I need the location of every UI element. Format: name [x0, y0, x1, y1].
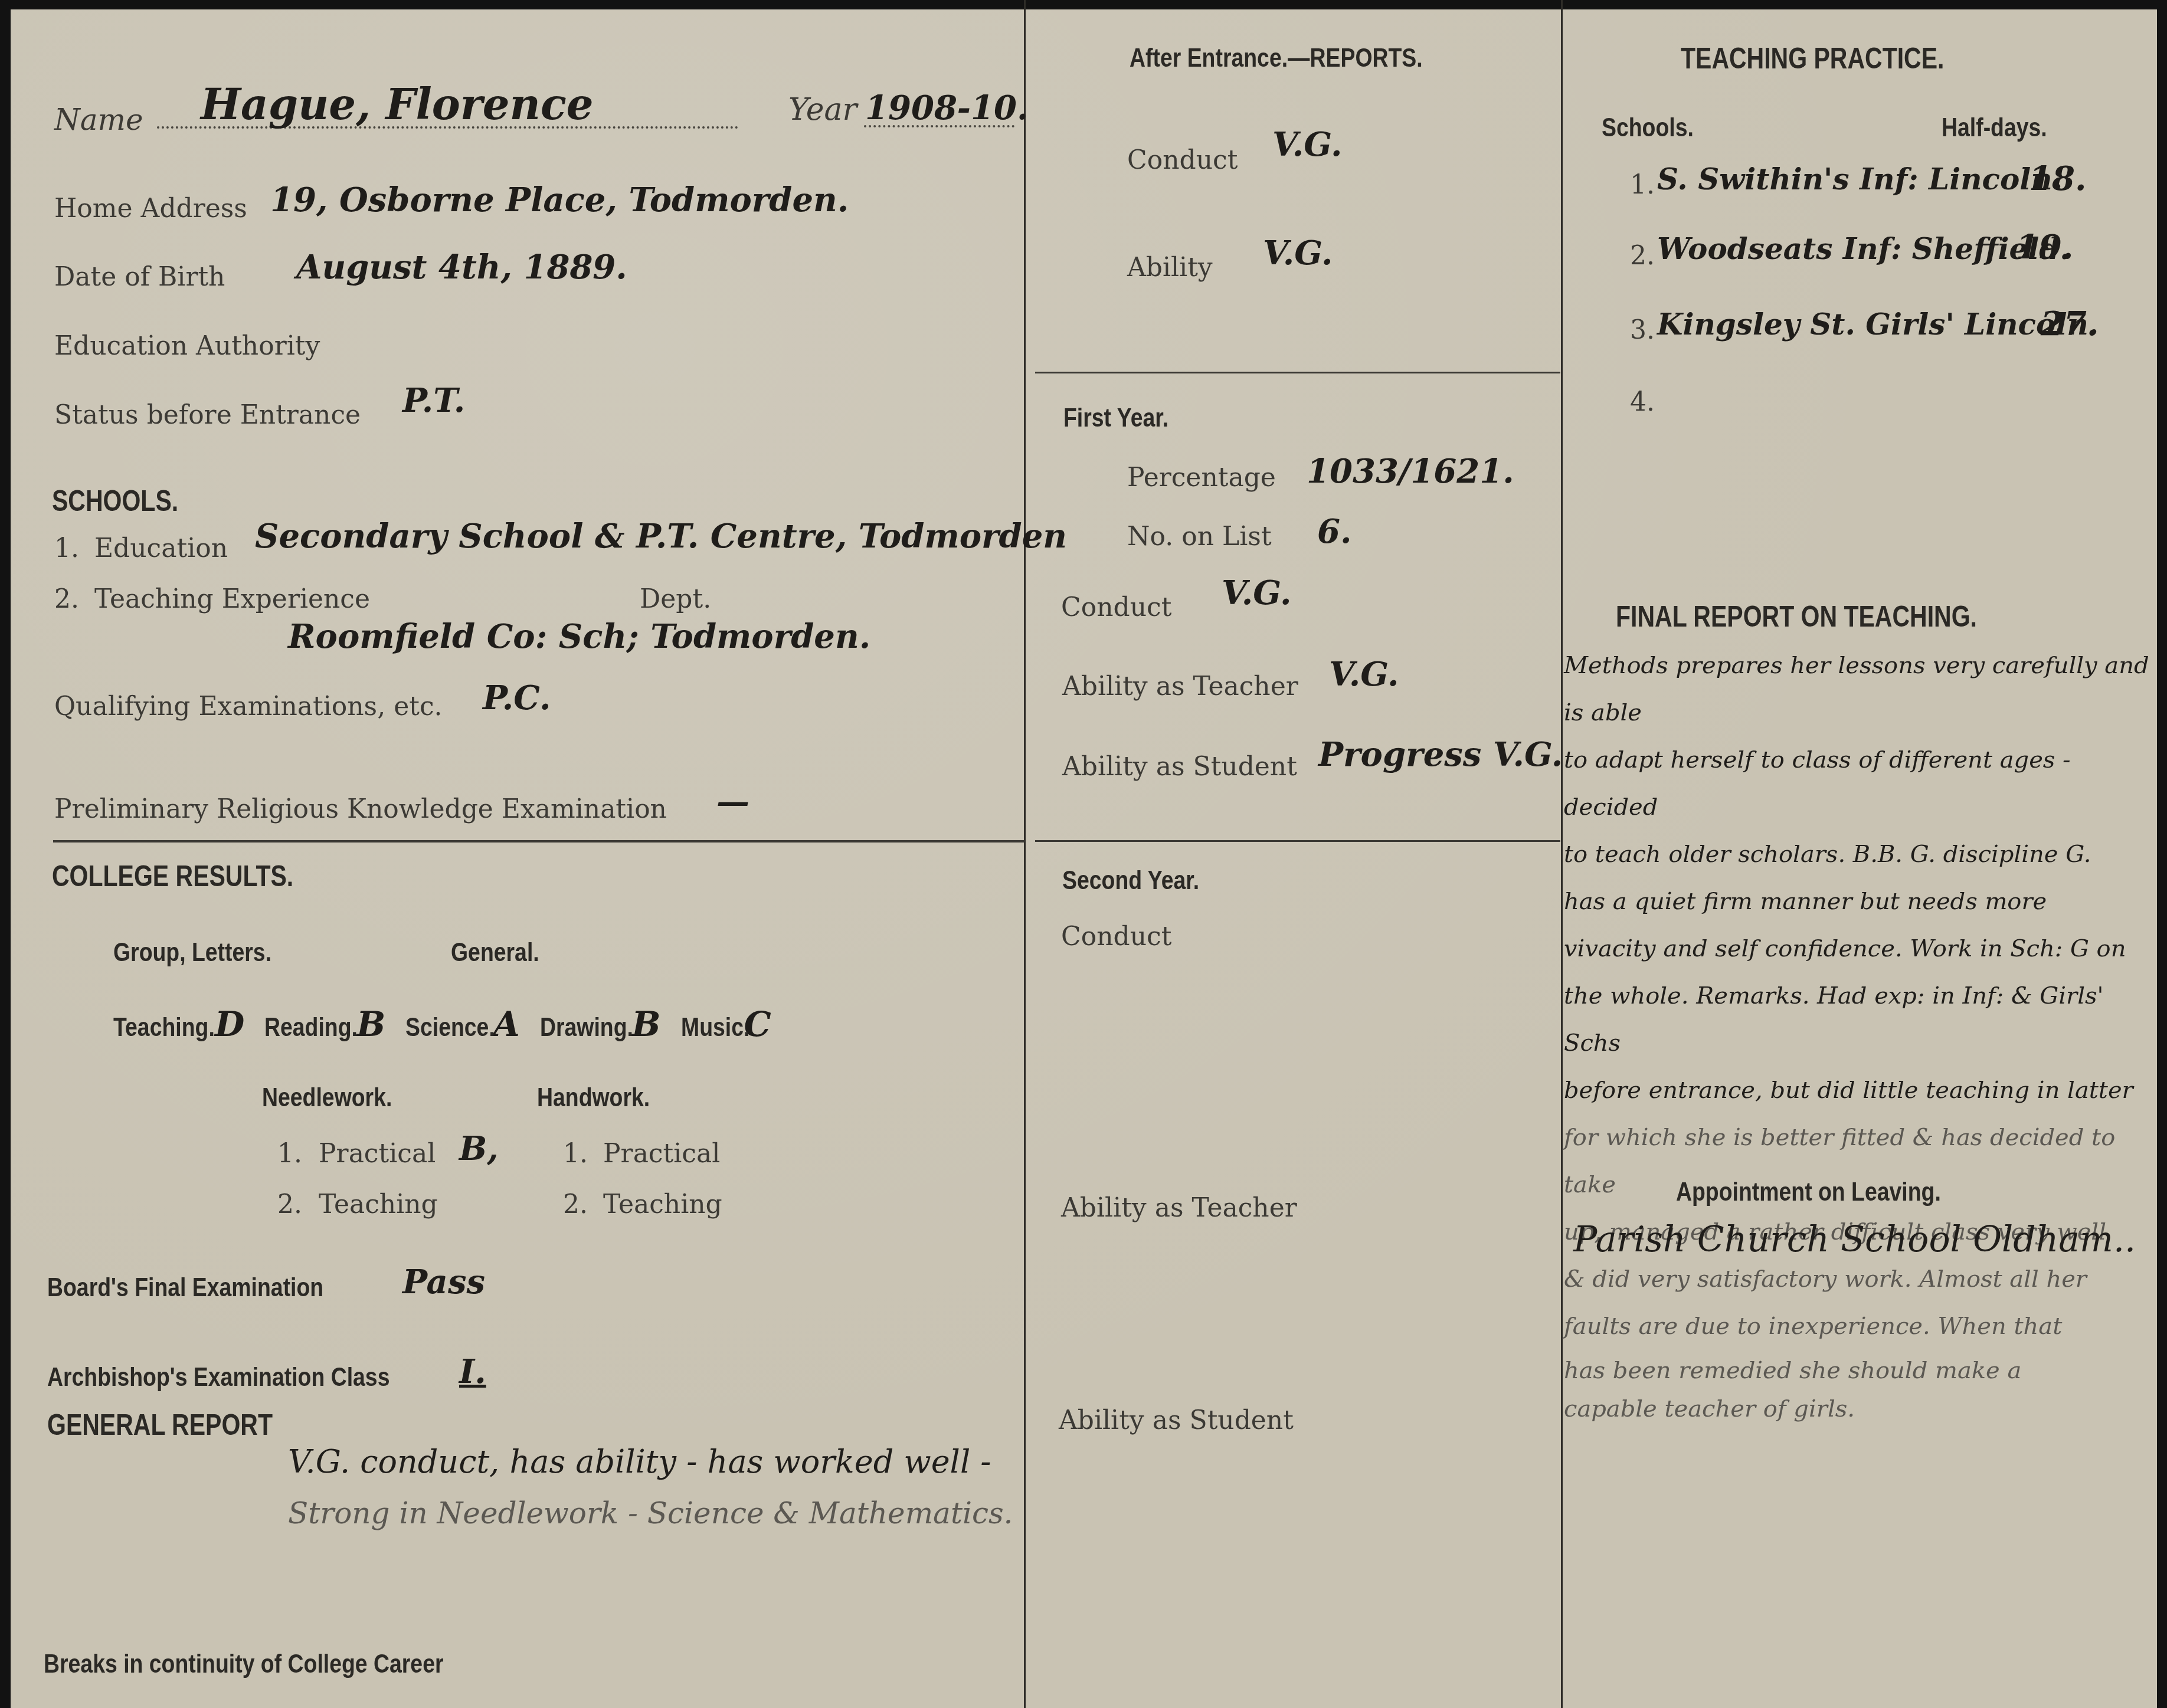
name-label: Name: [54, 103, 143, 137]
halfdays-column-label: Half-days.: [1942, 113, 2047, 143]
year-value: 1908-10.: [865, 88, 1029, 127]
name-value: Hague, Florence: [201, 79, 594, 129]
home-address-value: 19, Osborne Place, Todmorden.: [270, 181, 849, 219]
qualifying-exams-value: P.C.: [483, 678, 551, 717]
final-report-line: faults are due to inexperience. When tha…: [1564, 1303, 2154, 1350]
row-halfdays: 27.: [2041, 304, 2098, 343]
needlework-practical-label: Practical: [319, 1139, 436, 1169]
needlework-practical-grade: B,: [459, 1129, 499, 1168]
no-on-list-label: No. on List: [1127, 522, 1272, 552]
college-results-heading: COLLEGE RESULTS.: [52, 859, 293, 893]
second-year-ability-student-label: Ability as Student: [1059, 1405, 1294, 1435]
row-halfdays: 18.: [2029, 159, 2086, 198]
final-report-heading: FINAL REPORT ON TEACHING.: [1616, 599, 1977, 634]
subject-drawing: Drawing.B: [540, 1004, 661, 1044]
first-year-ability-student-label: Ability as Student: [1062, 752, 1297, 782]
final-report-line: to teach older scholars. B.B. G. discipl…: [1564, 831, 2154, 878]
dept-label: Dept.: [640, 584, 711, 614]
appointment-heading: Appointment on Leaving.: [1676, 1178, 1941, 1207]
handwork-practical-number: 1.: [563, 1139, 588, 1169]
boards-final-value: Pass: [402, 1263, 485, 1302]
education-value: Secondary School & P.T. Centre, Todmorde…: [255, 517, 1067, 556]
handwork-practical-label: Practical: [603, 1139, 720, 1169]
percentage-value: 1033/1621.: [1307, 452, 1514, 491]
subject-reading: Reading.B: [264, 1004, 385, 1044]
middle-divider-1: [1035, 372, 1560, 373]
column-divider-left: [1024, 0, 1026, 1708]
group-letters-label: Group, Letters.: [113, 938, 271, 968]
home-address-label: Home Address: [54, 194, 247, 224]
general-label: General.: [451, 938, 539, 968]
religious-exam-value: —: [716, 782, 749, 821]
after-entrance-ability-value: V.G.: [1263, 234, 1333, 273]
general-report-line-2: Strong in Needlework - Science & Mathema…: [288, 1496, 1013, 1530]
date-of-birth-value: August 4th, 1889.: [296, 248, 627, 287]
after-entrance-heading: After Entrance.—REPORTS.: [1130, 44, 1423, 73]
row-school: Woodseats Inf: Sheffield.: [1657, 231, 2070, 266]
first-year-ability-teacher-label: Ability as Teacher: [1062, 671, 1298, 701]
handwork-teaching-number: 2.: [563, 1189, 588, 1219]
date-of-birth-label: Date of Birth: [54, 262, 225, 292]
first-year-ability-student-value: Progress V.G.: [1318, 735, 1563, 774]
second-year-conduct-label: Conduct: [1061, 922, 1171, 952]
record-card: Name Hague, Florence Year 1908-10. Home …: [11, 9, 2157, 1708]
first-year-heading: First Year.: [1063, 404, 1168, 433]
final-report-text: Methods prepares her lessons very carefu…: [1564, 642, 2154, 1427]
row-halfdays: 19.: [2016, 228, 2073, 267]
second-year-ability-teacher-label: Ability as Teacher: [1061, 1193, 1297, 1223]
final-report-line: & did very satisfactory work. Almost all…: [1564, 1255, 2154, 1303]
teaching-practice-heading: TEACHING PRACTICE.: [1681, 41, 1944, 76]
education-label: Education: [94, 533, 228, 563]
no-on-list-value: 6.: [1317, 512, 1351, 551]
first-year-conduct-value: V.G.: [1222, 573, 1291, 612]
status-before-entrance-label: Status before Entrance: [54, 400, 361, 430]
subject-grades-row: Teaching.D Reading.B Science.A Drawing.B…: [113, 1004, 771, 1044]
general-report-line-1: V.G. conduct, has ability - has worked w…: [288, 1443, 991, 1480]
handwork-teaching-label: Teaching: [603, 1189, 722, 1219]
row-number: 1.: [1630, 170, 1655, 200]
subject-music: Music.C: [681, 1004, 771, 1044]
final-report-line: the whole. Remarks. Had exp: in Inf: & G…: [1564, 972, 2154, 1067]
needlework-teaching-number: 2.: [277, 1189, 302, 1219]
handwork-label: Handwork.: [537, 1083, 650, 1113]
needlework-teaching-label: Teaching: [319, 1189, 438, 1219]
final-report-line: before entrance, but did little teaching…: [1564, 1067, 2154, 1114]
second-year-heading: Second Year.: [1062, 866, 1199, 896]
education-authority-label: Education Authority: [54, 331, 320, 361]
status-before-entrance-value: P.T.: [402, 381, 465, 420]
teaching-experience-label: Teaching Experience: [94, 584, 370, 614]
after-entrance-ability-label: Ability: [1127, 253, 1213, 283]
after-entrance-conduct-label: Conduct: [1127, 145, 1238, 175]
general-report-heading: GENERAL REPORT: [47, 1408, 273, 1442]
subject-teaching: Teaching.D: [113, 1004, 244, 1044]
needlework-label: Needlework.: [262, 1083, 392, 1113]
row-number: 4.: [1630, 387, 1655, 417]
middle-divider-2: [1035, 840, 1560, 842]
subject-science: Science.A: [405, 1004, 520, 1044]
year-label: Year: [788, 92, 857, 127]
boards-final-label: Board's Final Examination: [47, 1273, 323, 1303]
final-report-line: Methods prepares her lessons very carefu…: [1564, 642, 2154, 736]
left-section-divider: [53, 840, 1024, 842]
breaks-label: Breaks in continuity of College Career: [44, 1650, 444, 1679]
archbishops-value: I.: [459, 1352, 486, 1391]
schools-column-label: Schools.: [1602, 113, 1694, 143]
religious-exam-label: Preliminary Religious Knowledge Examinat…: [54, 794, 667, 824]
row-number: 3.: [1630, 315, 1655, 345]
row-school: Kingsley St. Girls' Lincoln.: [1657, 307, 2099, 342]
archbishops-label: Archbishop's Examination Class: [47, 1363, 389, 1392]
final-report-line: has a quiet firm manner but needs more: [1564, 878, 2154, 925]
education-number: 1.: [54, 533, 79, 563]
appointment-value: Parish Church School Oldham..: [1573, 1219, 2136, 1260]
first-year-ability-teacher-value: V.G.: [1329, 655, 1399, 694]
first-year-conduct-label: Conduct: [1061, 592, 1171, 622]
needlework-practical-number: 1.: [277, 1139, 302, 1169]
final-report-line: has been remedied she should make a: [1564, 1350, 2154, 1391]
qualifying-exams-label: Qualifying Examinations, etc.: [54, 691, 443, 722]
final-report-line: capable teacher of girls.: [1564, 1391, 2154, 1427]
column-divider-right: [1561, 0, 1563, 1708]
teaching-experience-value: Roomfield Co: Sch; Todmorden.: [288, 617, 870, 656]
row-school: S. Swithin's Inf: Lincoln.: [1657, 162, 2063, 196]
final-report-line: to adapt herself to class of different a…: [1564, 736, 2154, 831]
percentage-label: Percentage: [1127, 463, 1276, 493]
teaching-experience-number: 2.: [54, 584, 79, 614]
row-number: 2.: [1630, 241, 1655, 271]
final-report-line: vivacity and self confidence. Work in Sc…: [1564, 925, 2154, 972]
after-entrance-conduct-value: V.G.: [1272, 125, 1342, 164]
schools-heading: SCHOOLS.: [52, 484, 178, 518]
